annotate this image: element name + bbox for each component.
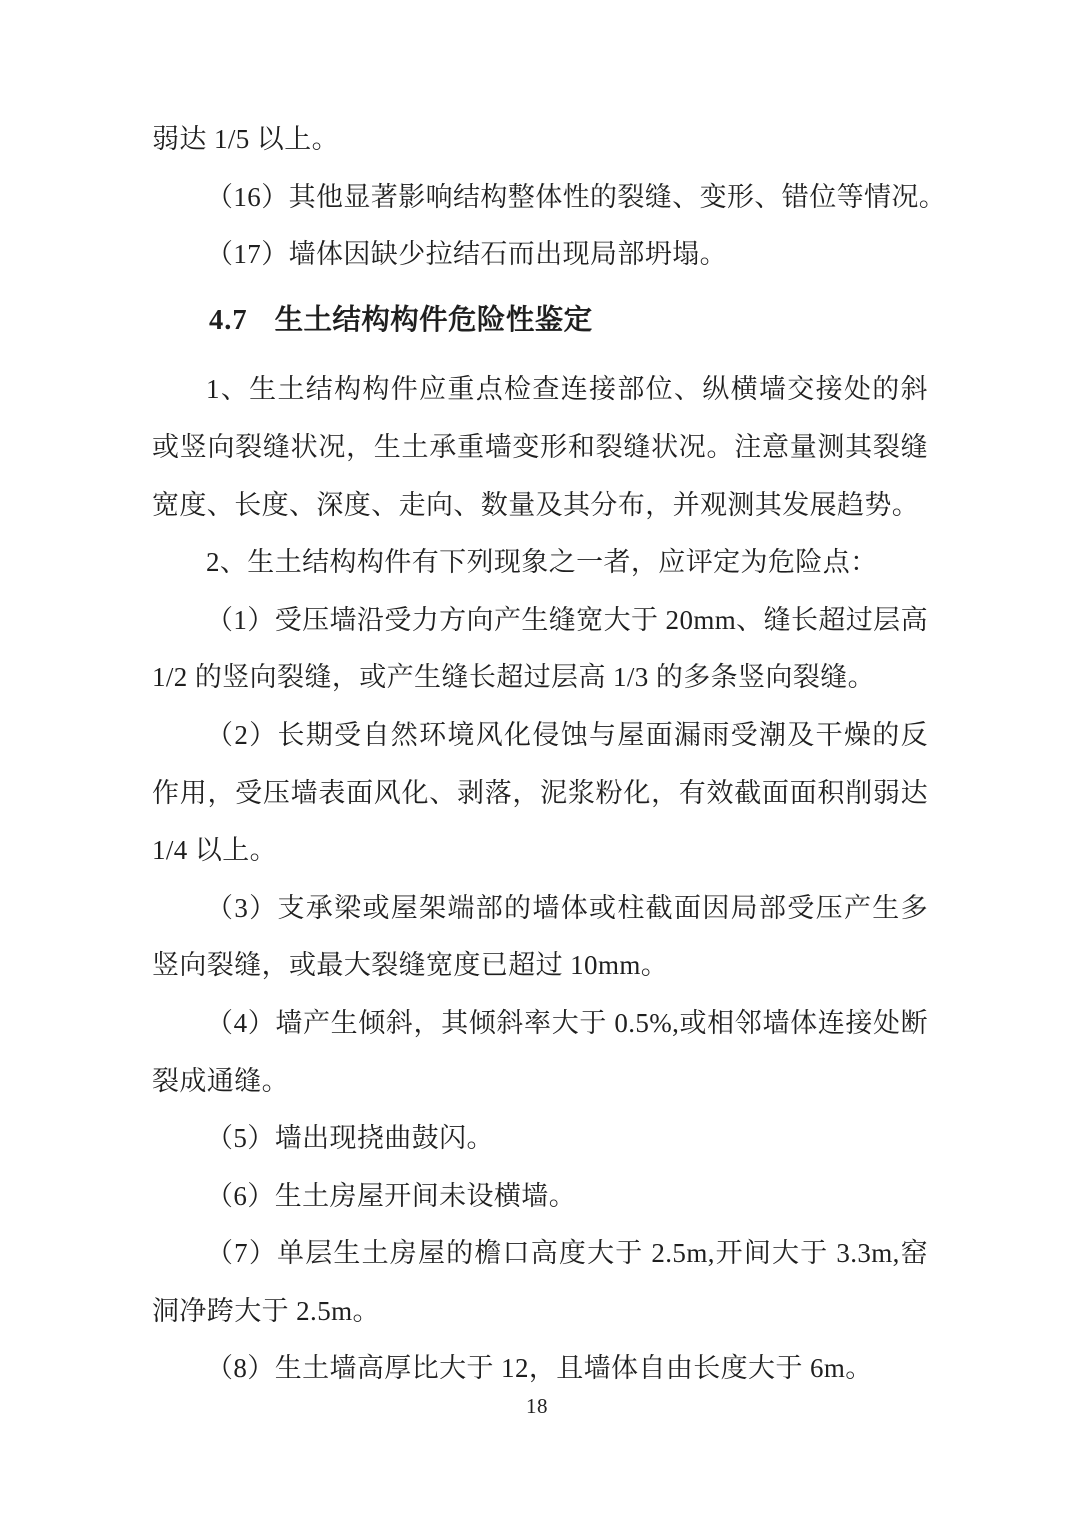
page-number: 18 — [526, 1394, 548, 1418]
text-line: 作用，受压墙表面风化、剥落，泥浆粉化，有效截面面积削弱达 — [152, 765, 928, 823]
text-line: 1/2 的竖向裂缝，或产生缝长超过层高 1/3 的多条竖向裂缝。 — [152, 649, 928, 707]
text-line: （5）墙出现挠曲鼓闪。 — [152, 1110, 928, 1168]
text-line: 弱达 1/5 以上。 — [152, 111, 928, 169]
text-line: 竖向裂缝，或最大裂缝宽度已超过 10mm。 — [152, 937, 928, 995]
text-line: （8）生土墙高厚比大于 12，且墙体自由长度大于 6m。 — [152, 1340, 928, 1398]
section-heading: 4.7生土结构构件危险性鉴定 — [152, 292, 928, 350]
text-line: 1/4 以上。 — [152, 822, 928, 880]
text-line: 1、生土结构构件应重点检查连接部位、纵横墙交接处的斜向 — [152, 361, 928, 419]
text-line: 2、生土结构构件有下列现象之一者，应评定为危险点： — [152, 534, 928, 592]
text-line: （16）其他显著影响结构整体性的裂缝、变形、错位等情况。 — [152, 169, 928, 227]
document-page: 弱达 1/5 以上。（16）其他显著影响结构整体性的裂缝、变形、错位等情况。（1… — [0, 0, 1074, 1520]
document-body: 弱达 1/5 以上。（16）其他显著影响结构整体性的裂缝、变形、错位等情况。（1… — [152, 111, 928, 1398]
text-line: （6）生土房屋开间未设横墙。 — [152, 1168, 928, 1226]
text-line: （7）单层生土房屋的檐口高度大于 2.5m,开间大于 3.3m,窑 — [152, 1225, 928, 1283]
page-footer: 18 — [0, 1394, 1074, 1419]
text-line: （3）支承梁或屋架端部的墙体或柱截面因局部受压产生多条 — [152, 880, 928, 938]
text-line: （4）墙产生倾斜，其倾斜率大于 0.5%,或相邻墙体连接处断 — [152, 995, 928, 1053]
text-line: （17）墙体因缺少拉结石而出现局部坍塌。 — [152, 226, 928, 284]
section-heading-title: 生土结构构件危险性鉴定 — [275, 305, 593, 336]
section-heading-number: 4.7 — [209, 305, 248, 336]
text-line: （2）长期受自然环境风化侵蚀与屋面漏雨受潮及干燥的反复 — [152, 707, 928, 765]
text-line: （1）受压墙沿受力方向产生缝宽大于 20mm、缝长超过层高 — [152, 592, 928, 650]
text-line: 裂成通缝。 — [152, 1053, 928, 1111]
text-line: 洞净跨大于 2.5m。 — [152, 1283, 928, 1341]
text-line: 宽度、长度、深度、走向、数量及其分布，并观测其发展趋势。 — [152, 477, 928, 535]
text-line: 或竖向裂缝状况，生土承重墙变形和裂缝状况。注意量测其裂缝 — [152, 419, 928, 477]
